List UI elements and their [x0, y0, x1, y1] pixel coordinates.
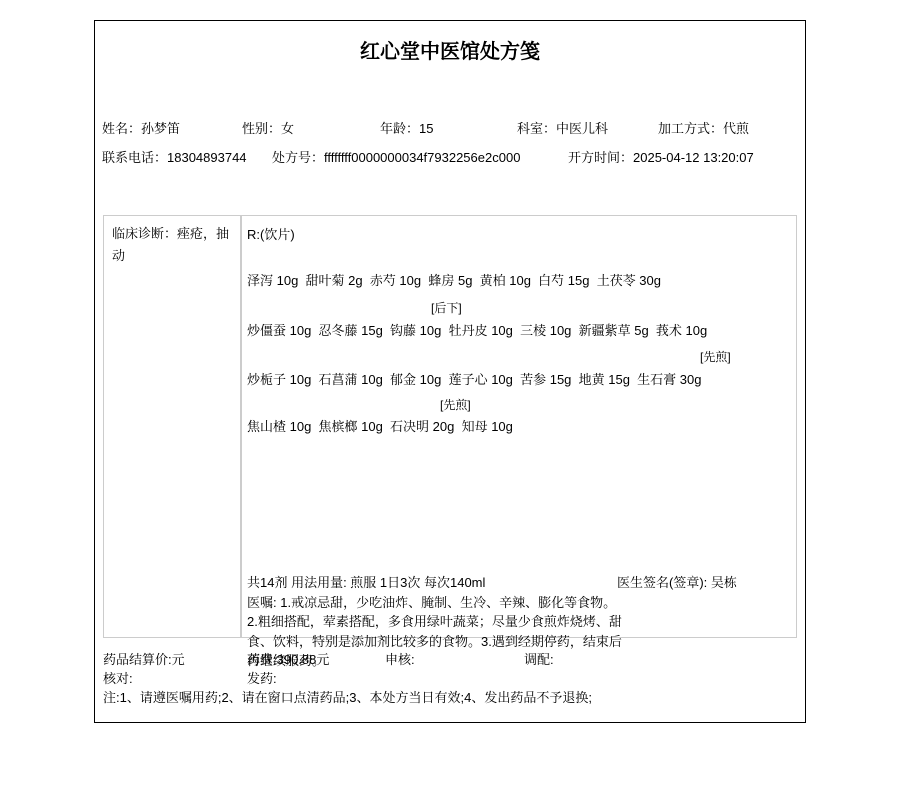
decoction-tag-houxia: [后下] [431, 302, 462, 316]
dosage-summary: 共14剂 用法用量: 煎服 1日3次 每次140ml [247, 576, 485, 591]
clinical-diagnosis-line-2: 动 [112, 249, 232, 264]
footer-note: 注:1、请遵医嘱用药;2、请在窗口点清药品;3、本处方当日有效;4、发出药品不予… [103, 691, 592, 706]
decoction-tag-xianjian-2: [先煎] [440, 399, 471, 413]
clinical-diagnosis-line-1: 临床诊断：痤疮，抽 [112, 227, 232, 242]
patient-gender: 性别：女 [242, 122, 294, 137]
page-title: 红心堂中医馆处方笺 [94, 35, 806, 64]
medical-advice-line-3: 食、饮料，特别是添加剂比较多的食物。3.遇到经期停药，结束后 [247, 635, 622, 650]
processing-method: 加工方式：代煎 [658, 122, 749, 137]
prescription-page: 红心堂中医馆处方笺 姓名：孙梦笛 性别：女 年龄：15 科室：中医儿科 加工方式… [0, 0, 900, 800]
department: 科室：中医儿科 [517, 122, 608, 137]
review-field: 申核: [385, 653, 415, 668]
prescription-number: 处方号：ffffffff0000000034f7932256e2c000 [272, 151, 520, 166]
herb-row-3: 炒栀子 10g 石菖蒲 10g 郁金 10g 莲子心 10g 苦参 15g 地黄… [247, 373, 701, 388]
contact-phone: 联系电话：18304893744 [102, 151, 247, 166]
herb-row-1: 泽泻 10g 甜叶菊 2g 赤芍 10g 蜂房 5g 黄柏 10g 白芍 15g… [247, 274, 661, 289]
diagnosis-divider [240, 215, 242, 638]
herb-row-2: 炒僵蚕 10g 忍冬藤 15g 钩藤 10g 牡丹皮 10g 三棱 10g 新疆… [247, 324, 707, 339]
patient-age: 年龄：15 [380, 122, 433, 137]
medicine-fee: 药费:390.88元 [247, 653, 329, 668]
medical-advice-line-2: 2.粗细搭配，荤素搭配，多食用绿叶蔬菜；尽量少食煎炸烧烤、甜 [247, 615, 622, 630]
herb-row-4: 焦山楂 10g 焦槟榔 10g 石决明 20g 知母 10g [247, 420, 513, 435]
rx-header: R:(饮片) [247, 228, 295, 243]
doctor-signature: 医生签名(签章): 吴栋 [617, 576, 737, 591]
check-field: 核对: [103, 672, 133, 687]
decoction-tag-xianjian-1: [先煎] [700, 351, 731, 365]
patient-name: 姓名：孙梦笛 [102, 122, 180, 137]
dispense-field: 发药: [247, 672, 277, 687]
medical-advice-line-1: 医嘱: 1.戒凉忌甜，少吃油炸、腌制、生冷、辛辣、膨化等食物。 [247, 596, 616, 611]
compound-field: 调配: [524, 653, 554, 668]
settlement-price: 药品结算价:元 [103, 653, 185, 668]
prescription-time: 开方时间：2025-04-12 13:20:07 [568, 151, 754, 166]
